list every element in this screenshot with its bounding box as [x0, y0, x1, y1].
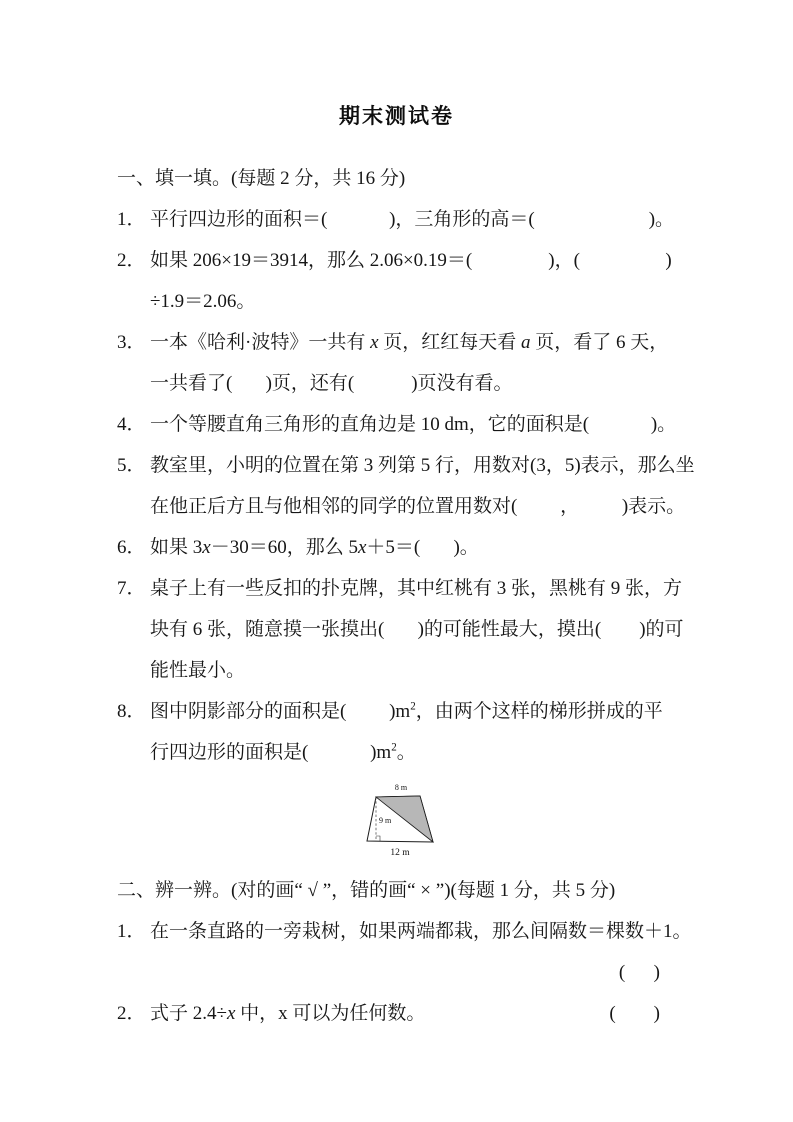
text-run: 在他正后方且与他相邻的同学的位置用数对( ， )表示。 [150, 496, 685, 517]
document-page: 期末测试卷 一、填一填。(每题 2 分，共 16 分)1．平行四边形的面积＝( … [0, 0, 793, 1122]
text-run: 行四边形的面积是( )m [150, 742, 391, 763]
question-number: 3． [117, 322, 146, 363]
question-line: 2．如果 206×19＝3914，那么 2.06×0.19＝( )，( ) [117, 240, 690, 281]
text-run: 式子 2.4÷ [150, 1003, 227, 1024]
figure-top-label: 8 m [395, 783, 408, 792]
question-number: 5． [117, 445, 146, 486]
text-run: 一本《哈利·波特》一共有 [150, 332, 370, 353]
text-run: 能性最小。 [150, 660, 245, 681]
question-line: ÷1.9＝2.06。 [117, 281, 690, 322]
question-line: 2．式子 2.4÷x 中，x 可以为任何数。( ) [117, 993, 690, 1034]
text-run: ÷1.9＝2.06。 [150, 291, 255, 312]
question-line: 5．教室里，小明的位置在第 3 列第 5 行，用数对(3，5)表示，那么坐 [117, 445, 690, 486]
text-run: 教室里，小明的位置在第 3 列第 5 行，用数对(3，5)表示，那么坐 [150, 455, 695, 476]
question-line: 在他正后方且与他相邻的同学的位置用数对( ， )表示。 [117, 486, 690, 527]
answer-blank: ( ) [609, 993, 660, 1034]
question-line: 一共看了( )页，还有( )页没有看。 [117, 363, 690, 404]
text-run: x [370, 332, 378, 353]
question-number: 8． [117, 691, 146, 732]
question-number: 2． [117, 240, 146, 281]
question-line: 7．桌子上有一些反扣的扑克牌，其中红桃有 3 张，黑桃有 9 张，方 [117, 568, 690, 609]
page-title: 期末测试卷 [0, 0, 793, 130]
question-line: ( ) [117, 952, 690, 993]
question-line: 1．平行四边形的面积＝( )，三角形的高＝( )。 [117, 199, 690, 240]
section-true-false: 二、辨一辨。(对的画“ √ ”，错的画“ × ”)(每题 1 分，共 5 分)1… [117, 870, 690, 1034]
question-number: 2． [117, 993, 146, 1034]
text-run: 平行四边形的面积＝( )，三角形的高＝( )。 [150, 209, 674, 230]
question-line: 行四边形的面积是( )m2。 [117, 732, 690, 773]
text-run: 页，红红每天看 [379, 332, 522, 353]
text-run: －30＝60，那么 5 [211, 537, 358, 558]
section-heading: 一、填一填。(每题 2 分，共 16 分) [117, 158, 690, 199]
question-number: 6． [117, 527, 146, 568]
text-run: 一个等腰直角三角形的直角边是 10 dm，它的面积是( )。 [150, 414, 676, 435]
question-number: 7． [117, 568, 146, 609]
text-run: 如果 206×19＝3914，那么 2.06×0.19＝( )，( ) [150, 250, 672, 271]
question-line: 1．在一条直路的一旁栽树，如果两端都栽，那么间隔数＝棵数＋1。 [117, 911, 690, 952]
text-run: 块有 6 张，随意摸一张摸出( )的可能性最大，摸出( )的可 [150, 619, 684, 640]
text-run: 。 [397, 742, 416, 763]
text-run: a [521, 332, 531, 353]
text-run: 图中阴影部分的面积是( )m [150, 701, 410, 722]
question-line: 4．一个等腰直角三角形的直角边是 10 dm，它的面积是( )。 [117, 404, 690, 445]
text-run: ＋5＝( )。 [366, 537, 478, 558]
text-run: ，由两个这样的梯形拼成的平 [416, 701, 663, 722]
text-run: 中，x 可以为任何数。 [235, 1003, 425, 1024]
text-run: 桌子上有一些反扣的扑克牌，其中红桃有 3 张，黑桃有 9 张，方 [150, 578, 682, 599]
trapezoid-svg: 8 m 9 m 12 m [355, 774, 447, 864]
answer-blank: ( ) [619, 952, 660, 993]
text-run: 一共看了( )页，还有( )页没有看。 [150, 373, 513, 394]
question-line: 块有 6 张，随意摸一张摸出( )的可能性最大，摸出( )的可 [117, 609, 690, 650]
text-run: 如果 3 [150, 537, 202, 558]
text-run: 在一条直路的一旁栽树，如果两端都栽，那么间隔数＝棵数＋1。 [150, 921, 692, 942]
question-line: 8．图中阴影部分的面积是( )m2，由两个这样的梯形拼成的平 [117, 691, 690, 732]
question-number: 4． [117, 404, 146, 445]
question-number: 1． [117, 199, 146, 240]
question-line: 3．一本《哈利·波特》一共有 x 页，红红每天看 a 页，看了 6 天， [117, 322, 690, 363]
section-heading: 二、辨一辨。(对的画“ √ ”，错的画“ × ”)(每题 1 分，共 5 分) [117, 870, 690, 911]
text-run: x [202, 537, 210, 558]
figure-height-label: 9 m [379, 816, 392, 825]
figure-bottom-label: 12 m [390, 848, 410, 858]
question-line: 能性最小。 [117, 650, 690, 691]
question-line: 6．如果 3x－30＝60，那么 5x＋5＝( )。 [117, 527, 690, 568]
question-number: 1． [117, 911, 146, 952]
page-content: 一、填一填。(每题 2 分，共 16 分)1．平行四边形的面积＝( )，三角形的… [117, 158, 690, 1034]
text-run: 页，看了 6 天， [531, 332, 669, 353]
trapezoid-figure: 8 m 9 m 12 m [117, 773, 690, 865]
section-fill-in: 一、填一填。(每题 2 分，共 16 分)1．平行四边形的面积＝( )，三角形的… [117, 158, 690, 773]
